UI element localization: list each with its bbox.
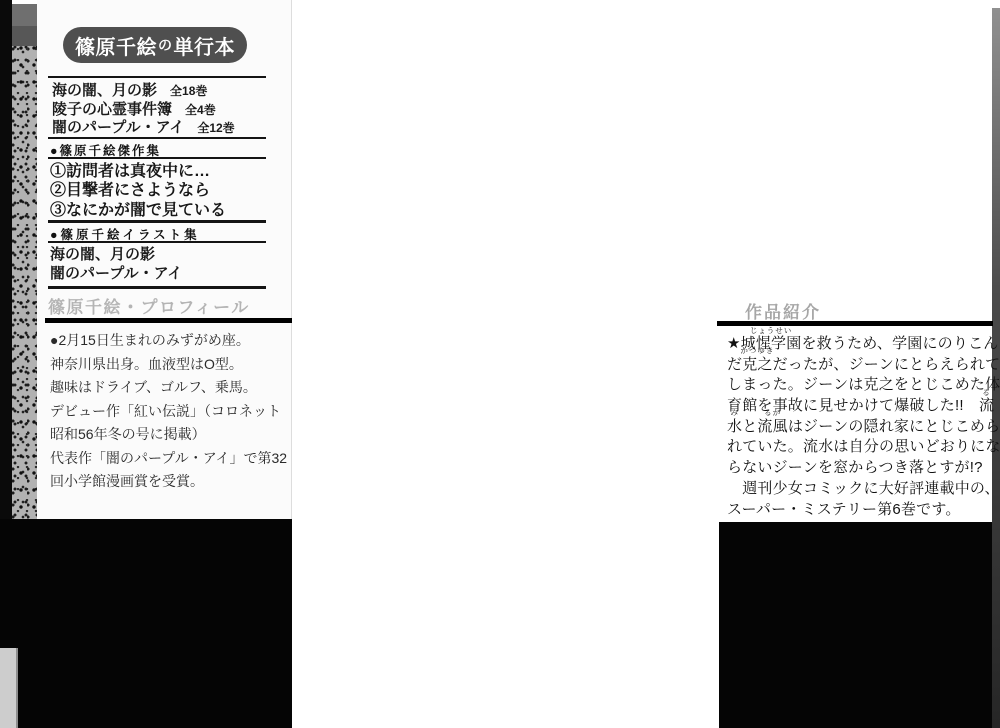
- furigana: み: [730, 409, 739, 417]
- spine-gray-band: [12, 26, 38, 46]
- list-item: ②目撃者にさようなら: [50, 181, 226, 200]
- story-text-segment: らないジーンを窓からつき落とすが!?: [727, 458, 983, 479]
- story-line: スーパー・ミステリー第6巻です。: [727, 500, 995, 521]
- black-region-bottom-right: [719, 522, 1000, 728]
- furigana: かつゆき: [740, 347, 774, 355]
- furigana: じょうせい: [750, 327, 793, 335]
- profile-paragraph: ●2月15日生まれのみずがめ座。 神奈川県出身。血液型はO型。 趣味はドライブ、…: [50, 329, 287, 494]
- story-text-segment: ★: [727, 334, 741, 355]
- list-item: ③なにかが闇で見ている: [50, 201, 226, 220]
- story-paragraph: ★城惺学園じょうせいを救うため、学園にのりこんだ克之かつゆきだったが、ジーンにと…: [727, 334, 995, 520]
- list-item: ①訪問者は真夜中に…: [50, 162, 226, 181]
- story-line: らないジーンを窓からつき落とすが!?: [727, 458, 995, 479]
- book-volumes: 全18巻: [170, 84, 207, 98]
- black-region-bottom-left: [0, 519, 292, 728]
- story-text-segment: スーパー・ミステリー第6巻です。: [727, 500, 961, 521]
- list-item: 闇のパープル・アイ: [50, 265, 182, 284]
- profile-line: ●2月15日生まれのみずがめ座。: [50, 329, 287, 353]
- story-text-segment: 流る: [979, 396, 994, 417]
- profile-line: 趣味はドライブ、ゴルフ、乗馬。: [50, 376, 287, 400]
- page-fold-line: [291, 0, 292, 519]
- badge-word: 単行本: [174, 31, 236, 60]
- book-title: 陵子の心霊事件簿: [52, 101, 172, 118]
- profile-heading: 篠原千絵・プロフィール: [48, 293, 250, 318]
- book-volumes: 全12巻: [197, 121, 234, 135]
- story-text-segment: しまった。ジーンは克之をとじこめた体: [727, 375, 1000, 396]
- list-item: 海の闇、月の影: [50, 246, 182, 265]
- story-text-segment: 流風るか: [757, 417, 787, 438]
- profile-line: 回小学館漫画賞を受賞。: [50, 470, 287, 494]
- profile-line: 昭和56年冬の号に掲載）: [50, 423, 287, 447]
- book-title: 海の闇、月の影: [52, 82, 157, 99]
- story-line: れていた。流水は自分の思いどおりにな: [727, 437, 995, 458]
- story-heading: 作品紹介: [745, 298, 821, 323]
- story-line: しまった。ジーンは克之をとじこめた体: [727, 375, 995, 396]
- story-text-segment: れていた。流水は自分の思いどおりにな: [727, 437, 1000, 458]
- book-row: 闇のパープル・アイ全12巻: [52, 119, 235, 138]
- furigana: る: [982, 389, 991, 397]
- divider: [48, 241, 266, 243]
- profile-line: デビュー作「紅い伝説」（コロネット: [50, 400, 287, 424]
- masterpieces-list: ①訪問者は真夜中に… ②目撃者にさようなら ③なにかが闇で見ている: [50, 162, 226, 220]
- badge-author: 篠原千絵: [75, 31, 157, 60]
- story-text-segment: と: [742, 417, 757, 438]
- divider: [48, 137, 266, 139]
- book-volumes: 全4巻: [185, 103, 216, 117]
- illustrations-list: 海の闇、月の影 闇のパープル・アイ: [50, 246, 182, 283]
- story-text-segment: 週刊少女コミックに大好評連載中の、: [727, 479, 1000, 500]
- story-text-segment: はジーンの隠れ家にとじこめら: [788, 417, 1000, 438]
- profile-line: 代表作「闇のパープル・アイ」で第32: [50, 447, 287, 471]
- book-list: 海の闇、月の影全18巻 陵子の心霊事件簿全4巻 闇のパープル・アイ全12巻: [52, 82, 235, 138]
- spine-gray-block: [12, 4, 38, 26]
- book-row: 陵子の心霊事件簿全4巻: [52, 101, 235, 120]
- profile-heading-bar: [45, 318, 292, 323]
- book-title: 闇のパープル・アイ: [52, 119, 184, 136]
- story-line: 水みと流風るかはジーンの隠れ家にとじこめら: [727, 417, 995, 438]
- story-line: だ克之かつゆきだったが、ジーンにとらえられて: [727, 355, 995, 376]
- divider-thick: [48, 220, 266, 223]
- story-line: 週刊少女コミックに大好評連載中の、: [727, 479, 995, 500]
- divider: [48, 157, 266, 159]
- book-row: 海の闇、月の影全18巻: [52, 82, 235, 101]
- divider: [48, 76, 266, 78]
- story-text-segment: を救うため、学園にのりこん: [801, 334, 998, 355]
- profile-line: 神奈川県出身。血液型はO型。: [50, 353, 287, 377]
- badge-particle: の: [158, 35, 173, 55]
- book-jacket-flap-scan: 篠原千絵の単行本 海の闇、月の影全18巻 陵子の心霊事件簿全4巻 闇のパープル・…: [0, 0, 1000, 728]
- spine-texture-strip: [12, 4, 38, 519]
- author-books-badge: 篠原千絵の単行本: [63, 27, 247, 63]
- story-text-segment: だったが、ジーンにとらえられて: [773, 355, 1000, 376]
- page-edge-sliver: [0, 648, 18, 728]
- story-text-segment: 克之かつゆき: [742, 355, 772, 376]
- divider: [48, 286, 266, 289]
- furigana: るか: [764, 409, 781, 417]
- story-text-segment: 水み: [727, 417, 742, 438]
- story-text-segment: だ: [727, 355, 742, 376]
